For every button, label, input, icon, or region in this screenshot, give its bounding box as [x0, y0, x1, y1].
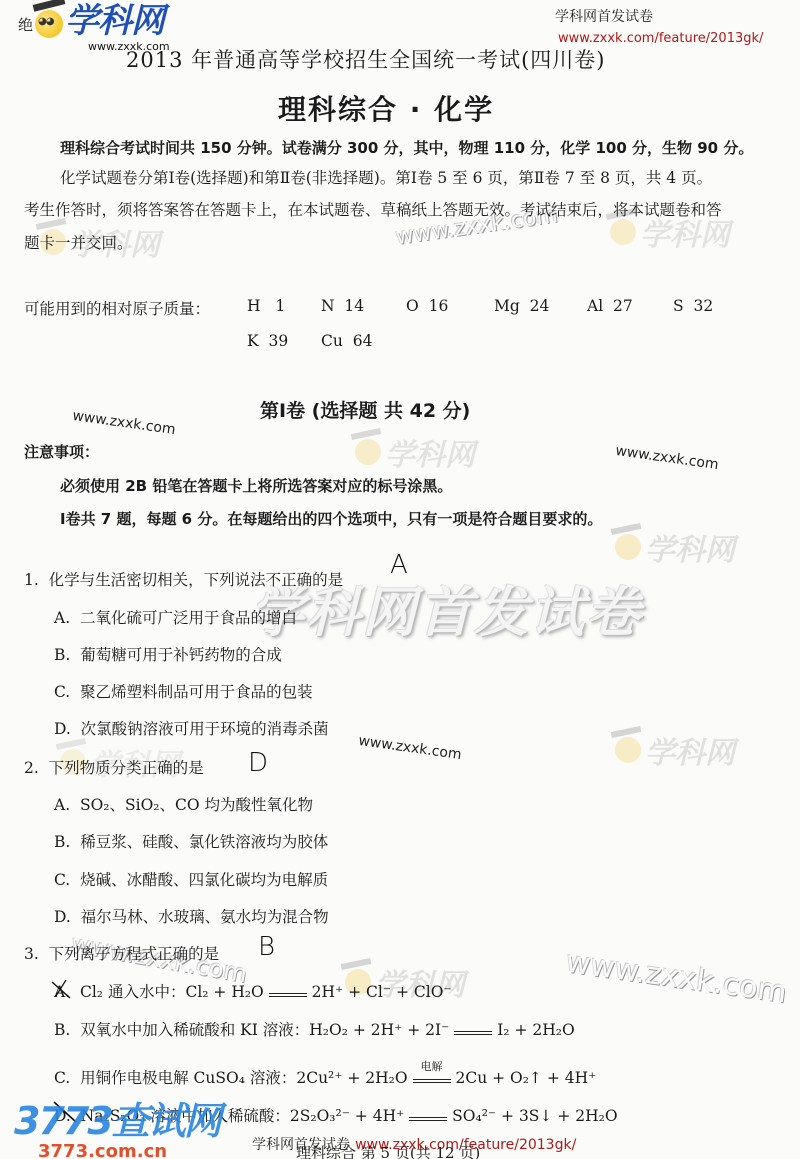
- strike-mark-icon: [50, 978, 72, 1000]
- equals-arrow-icon: [454, 1022, 492, 1035]
- question-3-option-c[interactable]: C. 用铜作电极电解 CuSO₄ 溶液：2Cu²⁺ + 2H₂O 电解 2Cu …: [54, 1066, 596, 1088]
- atomic-mass-item: Cu 64: [321, 332, 372, 350]
- handwritten-answer-2: D: [248, 748, 268, 778]
- question-1-option-a[interactable]: A. 二氧化硫可广泛用于食品的增白: [54, 606, 297, 628]
- intro-line-2: 化学试题卷分第Ⅰ卷(选择题)和第Ⅱ卷(非选择题)。第Ⅰ卷 5 至 6 页，第Ⅱ卷…: [60, 166, 712, 188]
- intro-line-4: 题卡一并交回。: [24, 231, 133, 253]
- logo-brand: 学科网: [65, 2, 164, 40]
- site-3773-logo: 3773查试网 3773.com.cn: [14, 1090, 220, 1159]
- watermark-url: www.zxxk.com: [357, 733, 462, 763]
- site-3773-brand: 3773查试网: [14, 1090, 220, 1145]
- question-1-option-d[interactable]: D. 次氯酸钠溶液可用于环境的消毒杀菌: [54, 717, 329, 739]
- question-1-option-b[interactable]: B. 葡萄糖可用于补钙药物的合成: [54, 643, 282, 665]
- mascot-icon: [35, 10, 63, 38]
- atomic-mass-item: N 14: [321, 297, 406, 315]
- electrolysis-arrow-icon: 电解: [413, 1070, 451, 1083]
- atomic-mass-row-2: K 39 Cu 64: [247, 332, 372, 350]
- watermark-url: www.zxxk.com: [71, 408, 176, 438]
- question-1-option-c[interactable]: C. 聚乙烯塑料制品可用于食品的包装: [54, 680, 313, 702]
- zxxk-logo: 绝 学科网 www.zxxk.com: [18, 2, 164, 40]
- equals-arrow-icon: [269, 984, 307, 997]
- watermark-logo: 学科网: [615, 525, 735, 569]
- top-right-label: 学科网首发试卷: [555, 6, 653, 26]
- section-title: 第Ⅰ卷 (选择题 共 42 分): [260, 396, 470, 423]
- watermark-url-large: www.zxxk.com: [564, 945, 789, 1011]
- watermark-logo: 学科网: [355, 430, 475, 474]
- notice-1: 必须使用 2B 铅笔在答题卡上将所选答案对应的标号涂黑。: [60, 475, 452, 496]
- watermark-url: www.zxxk.com: [614, 443, 719, 473]
- handwritten-answer-1: A: [390, 550, 408, 580]
- notice-2: Ⅰ卷共 7 题，每题 6 分。在每题给出的四个选项中，只有一项是符合题目要求的。: [60, 508, 602, 529]
- equals-arrow-icon: [409, 1108, 447, 1121]
- intro-line-1: 理科综合考试时间共 150 分钟。试卷满分 300 分，其中，物理 110 分，…: [60, 137, 753, 158]
- question-2-option-b[interactable]: B. 稀豆浆、硅酸、氯化铁溶液均为胶体: [54, 830, 328, 852]
- atomic-mass-item: Al 27: [587, 297, 673, 315]
- page-number: 理科综合 第 5 页(共 12 页): [296, 1142, 480, 1159]
- exam-title: 2013 年普通高等学校招生全国统一考试(四川卷): [126, 44, 606, 74]
- question-3-option-a[interactable]: A. Cl₂ 通入水中：Cl₂ + H₂O 2H⁺ + Cl⁻ + ClO⁻: [54, 980, 452, 1002]
- handwritten-answer-3: B: [258, 932, 275, 962]
- question-2-option-a[interactable]: A. SO₂、SiO₂、CO 均为酸性氧化物: [54, 793, 313, 815]
- question-1-stem: 1. 化学与生活密切相关，下列说法不正确的是: [24, 568, 343, 590]
- confidential-prefix: 绝: [18, 14, 33, 35]
- subject-title: 理科综合 · 化学: [278, 88, 494, 128]
- watermark-logo: 学科网: [615, 728, 735, 772]
- atomic-mass-item: O 16: [406, 297, 494, 315]
- atomic-mass-item: Mg 24: [494, 297, 587, 315]
- question-3-option-b[interactable]: B. 双氧水中加入稀硫酸和 KI 溶液：H₂O₂ + 2H⁺ + 2I⁻ I₂ …: [54, 1018, 575, 1040]
- question-3-stem: 3. 下列离子方程式正确的是: [24, 942, 219, 964]
- atomic-mass-row-1: H 1 N 14 O 16 Mg 24 Al 27 S 32: [247, 297, 713, 315]
- question-2-option-d[interactable]: D. 福尔马林、水玻璃、氨水均为混合物: [54, 905, 329, 927]
- atomic-mass-item: H 1: [247, 297, 321, 315]
- atomic-mass-item: K 39: [247, 332, 321, 350]
- question-2-option-c[interactable]: C. 烧碱、冰醋酸、四氯化碳均为电解质: [54, 868, 328, 890]
- atomic-mass-label: 可能用到的相对原子质量：: [24, 297, 210, 319]
- notice-heading: 注意事项：: [24, 441, 99, 462]
- question-2-stem: 2. 下列物质分类正确的是: [24, 756, 204, 778]
- atomic-mass-item: S 32: [673, 297, 713, 315]
- intro-line-3: 考生作答时，须将答案答在答题卡上，在本试题卷、草稿纸上答题无效。考试结束后，将本…: [24, 198, 722, 220]
